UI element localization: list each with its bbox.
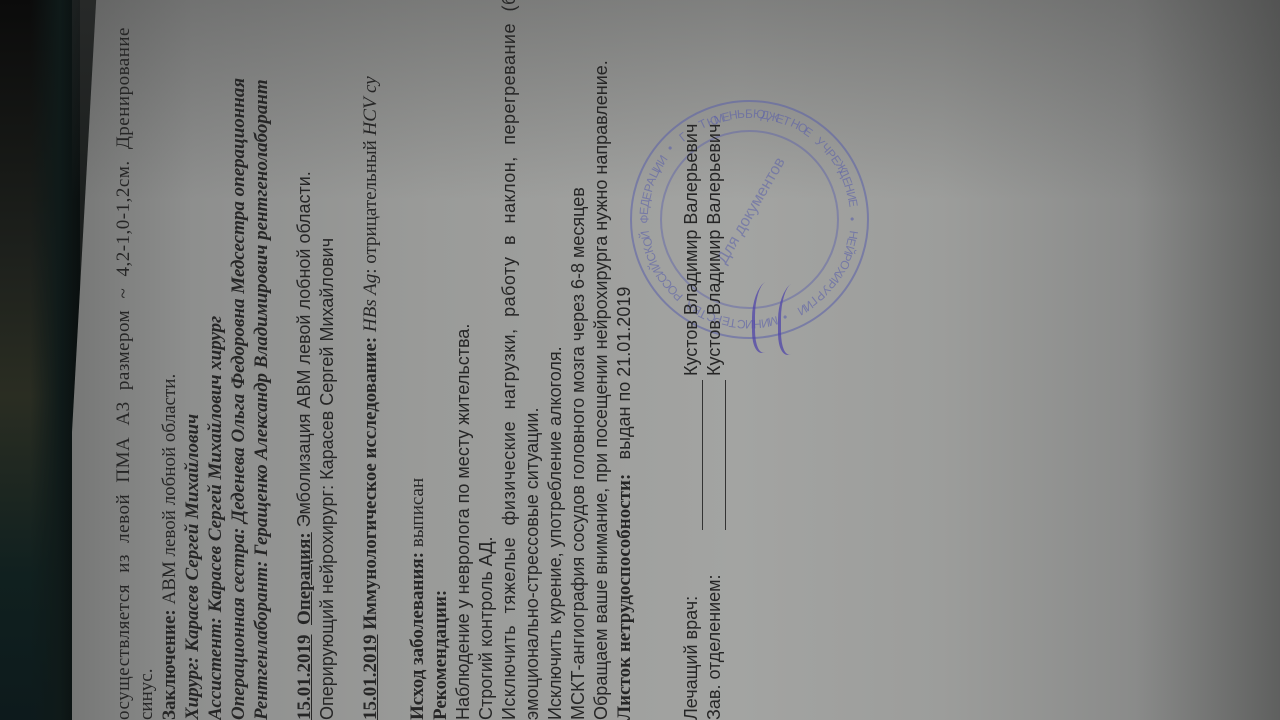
nurse-label: Операционная сестра: <box>228 528 249 720</box>
xray-label: Рентгенлаборант: <box>251 561 272 720</box>
conclusion-label: Заключение: <box>159 609 180 720</box>
surgeon-value: Карасев Сергей Михайлович <box>182 414 203 657</box>
sick-leave-line: Листок нетрудоспособности: выдан по 21.0… <box>613 0 636 720</box>
operation-date: 15.01.2019 <box>294 635 315 720</box>
recommendation-item: Обращаем ваше внимание, при посещении не… <box>590 0 613 720</box>
recommendation-item: Исключить курение, употребление алкоголя… <box>544 0 567 720</box>
signature-role: Лечащий врач: <box>680 530 703 720</box>
signature-name: Кустов Владимир Валерьевич <box>680 124 703 376</box>
immunology-date: 15.01.2019 <box>360 635 381 720</box>
operation-value: Эмболизация АВМ левой лобной области. <box>294 171 314 532</box>
conclusion-line: Заключение: АВМ левой лобной области. <box>158 0 181 720</box>
xray-line: Рентгенлаборант: Геращенко Александр Вла… <box>250 0 273 720</box>
sick-leave-value: выдан по 21.01.2019 <box>614 287 634 460</box>
recommendation-item: Исключить тяжелые физические нагрузки, р… <box>498 0 521 720</box>
assistant-value: Карасев Сергей Михайлович хирург <box>205 316 226 617</box>
outcome-value: выписан <box>407 478 428 552</box>
recommendation-item: Строгий контроль АД. <box>475 0 498 720</box>
outcome-label: Исход заболевания: <box>407 552 428 720</box>
drainage-line: осуществляется из левой ПМА А3 размером … <box>112 0 135 720</box>
recommendation-item: МСКТ-ангиография сосудов головного мозга… <box>567 0 590 720</box>
operation-line: 15.01.2019 Операция: Эмболизация АВМ лев… <box>293 0 316 720</box>
recommendation-item: Наблюдение у невролога по месту жительст… <box>452 0 475 720</box>
signature-name: Кустов Владимир Валерьевич <box>703 124 726 376</box>
xray-value: Геращенко Александр Владимирович рентген… <box>251 79 272 560</box>
operating-surgeon-line: Оперирующий нейрохирург: Карасев Сергей … <box>316 0 339 720</box>
document-body: осуществляется из левой ПМА А3 размером … <box>112 0 892 720</box>
signature-line <box>684 380 703 530</box>
immunology-label: Иммунологическое исследование: <box>360 337 381 630</box>
immunology-line: 15.01.2019 Иммунологическое исследование… <box>359 0 382 720</box>
signature-line <box>707 380 726 530</box>
hcv-label: HCV су <box>360 76 381 135</box>
surgeon-line: Хирург: Карасев Сергей Михайлович <box>181 0 204 720</box>
immunology-value: : отрицательный <box>360 135 381 273</box>
recommendation-item: эмоционально-стрессовые ситуации. <box>521 0 544 720</box>
nurse-value: Деденева Ольга Федоровна Медсестра опера… <box>228 78 249 528</box>
signature-row-head: Зав. отделением:Кустов Владимир Валерьев… <box>703 0 726 720</box>
operation-label: Операция: <box>294 532 315 625</box>
signature-row-doctor: Лечащий врач:Кустов Владимир Валерьевич <box>680 0 703 720</box>
outcome-line: Исход заболевания: выписан <box>406 0 429 720</box>
sinus-line: синус. <box>135 0 158 720</box>
sick-leave-label: Листок нетрудоспособности: <box>614 474 635 720</box>
conclusion-value: АВМ левой лобной области. <box>159 374 180 609</box>
assistant-label: Ассистент: <box>205 617 226 720</box>
hbs-label: HBs Ag <box>360 274 381 332</box>
recommendations-label: Рекомендации: <box>429 0 452 720</box>
assistant-line: Ассистент: Карасев Сергей Михайлович хир… <box>204 0 227 720</box>
nurse-line: Операционная сестра: Деденева Ольга Федо… <box>227 0 250 720</box>
surgeon-label: Хирург: <box>182 656 203 720</box>
signature-role: Зав. отделением: <box>703 530 726 720</box>
